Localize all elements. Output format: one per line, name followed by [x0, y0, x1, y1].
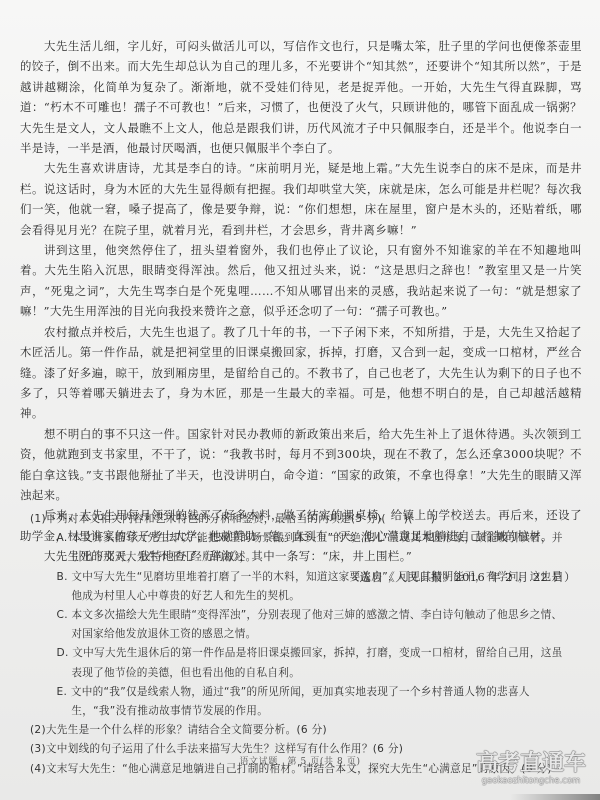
question-1-paren-end: ): [431, 513, 435, 525]
option-d: D. 文中写大先生退休后的第一件作品是将旧课桌搬回家，拆掉，打磨，变成一口棺材，…: [36, 644, 570, 682]
exam-page: 大先生活儿细，字儿好，可闷头做活儿可以，写信作文也行，只是嘴太笨，肚子里的学问也…: [0, 0, 600, 800]
option-e: E. 文中的“我”仅是线索人物，通过“我”的所见所闻，更加真实地表现了一个乡村普…: [36, 683, 570, 721]
option-c: C. 本文多次描绘大先生眼睛“变得浑浊”，分别表现了他对三婶的感激之情、李白诗句…: [36, 606, 570, 644]
question-1-paren-mid: )(: [404, 513, 413, 525]
watermark-url: gaokaozhitongche.com: [476, 776, 586, 787]
question-1-text: (1)下列对本文相关内容和艺术特色的分析和鉴赏，最恰当的两项是(5 分)(: [30, 513, 386, 525]
question-1-stem: (1)下列对本文相关内容和艺术特色的分析和鉴赏，最恰当的两项是(5 分)()(): [30, 510, 570, 529]
option-a: A. 本文开头描写大先生却以“能把戏里的场景搬到木头上”的“绝活儿”呈现其木匠形…: [36, 529, 570, 567]
page-corner-shadow: [510, 794, 600, 800]
questions-section: (1)下列对本文相关内容和艺术特色的分析和鉴赏，最恰当的两项是(5 分)()()…: [30, 510, 570, 779]
watermark-logo: 高考直通车 gaokaozhitongche.com: [476, 752, 586, 787]
question-2: (2)大先生是一个什么样的形象？请结合全文简要分析。(6 分): [30, 721, 570, 740]
passage-paragraph-2: 大先生喜欢讲唐诗，尤其是李白的诗。“床前明月光，疑是地上霜。”大先生说李白的床不…: [20, 158, 582, 240]
reading-passage: 大先生活儿细，字儿好，可闷头做活儿可以，写信作文也行，只是嘴太笨，肚子里的学问也…: [20, 36, 582, 587]
passage-paragraph-3: 讲到这里，他突然停住了，扭头望着窗外，我们也停止了议论，只有窗外不知谁家的羊在不…: [20, 240, 582, 322]
watermark-title: 高考直通车: [476, 752, 586, 776]
passage-paragraph-4: 农村撤点并校后，大先生也退了。教了几十年的书，一下子闲下来，不知所措，于是，大先…: [20, 322, 582, 424]
passage-paragraph-5: 想不明白的事不只这一件。国家针对民办教师的新政策出来后，给大先生补上了退休待遇。…: [20, 424, 582, 506]
option-b: B. 文中写大先生“见磨坊里堆着打磨了一半的木料，知道这家要盖房”，可见其精明能…: [36, 568, 570, 606]
passage-paragraph-1: 大先生活儿细，字儿好，可闷头做活儿可以，写信作文也行，只是嘴太笨，肚子里的学问也…: [20, 36, 582, 158]
